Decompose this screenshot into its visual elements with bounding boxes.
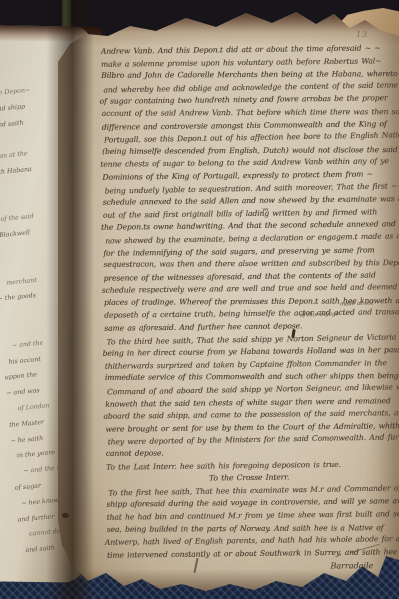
manuscript-page: 13 Andrew Vanb. And this Depon.t did att… <box>58 0 399 599</box>
photo-stage: mee Depon~the said shipp~ and saithwas a… <box>0 0 399 599</box>
interline-insertion: ye <box>262 207 268 213</box>
gutter-shadow <box>46 0 94 599</box>
handwriting-line: sequestracon, was then and there alsoe w… <box>103 257 393 271</box>
handwriting-line: account of the said Andrew Vanb. That be… <box>102 106 392 120</box>
manuscript-text: Andrew Vanb. And this Depon.t did att or… <box>101 42 397 574</box>
page-number: 13 <box>356 30 368 39</box>
interline-insertion: made at sea <box>340 300 374 307</box>
ink-blot <box>62 513 69 518</box>
handwriting-line: cannot depose. <box>106 446 396 460</box>
signature: Barradaile <box>107 559 397 573</box>
